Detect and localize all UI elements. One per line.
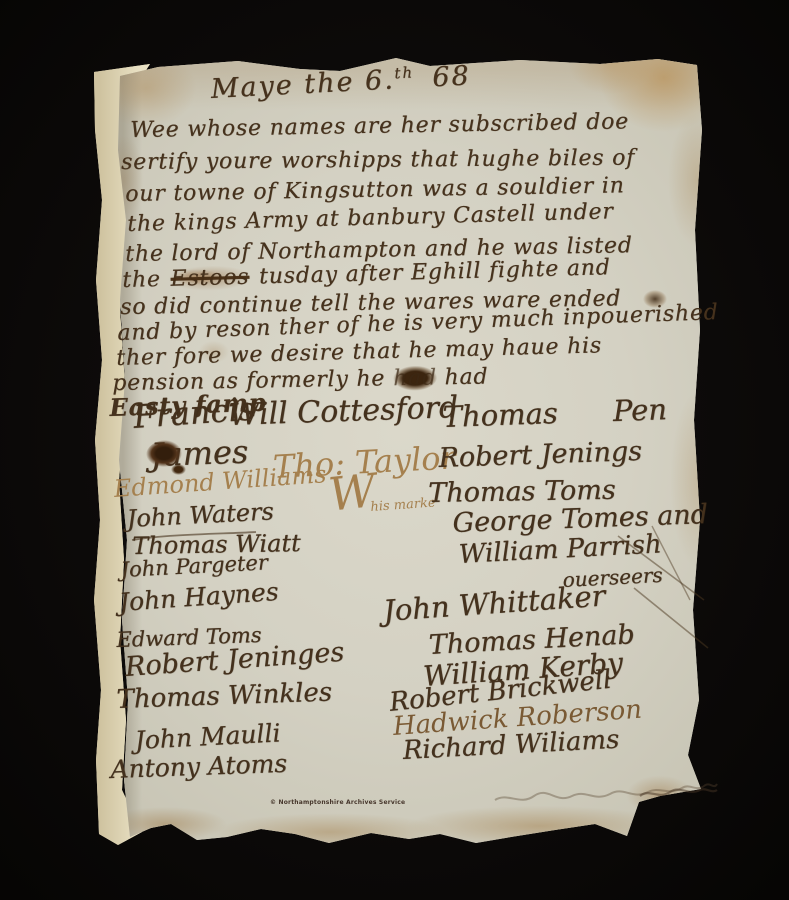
photo-background: Maye the 6.th68 Wee whose names are her …	[0, 0, 789, 900]
body-line: sertify youre worshipps that hughe biles…	[121, 146, 635, 175]
signature: Antony Atoms	[110, 749, 288, 784]
body-line-segment: the	[122, 267, 169, 293]
body-line-segment: had	[436, 364, 488, 390]
date-superscript: th	[394, 63, 415, 82]
blotted-out-word: had	[393, 365, 437, 391]
archive-watermark: © Northamptonshire Archives Service	[270, 799, 405, 806]
ink-blot	[171, 464, 186, 475]
struck-out-word: Estoos	[168, 265, 251, 292]
date-year: 68	[432, 60, 472, 93]
